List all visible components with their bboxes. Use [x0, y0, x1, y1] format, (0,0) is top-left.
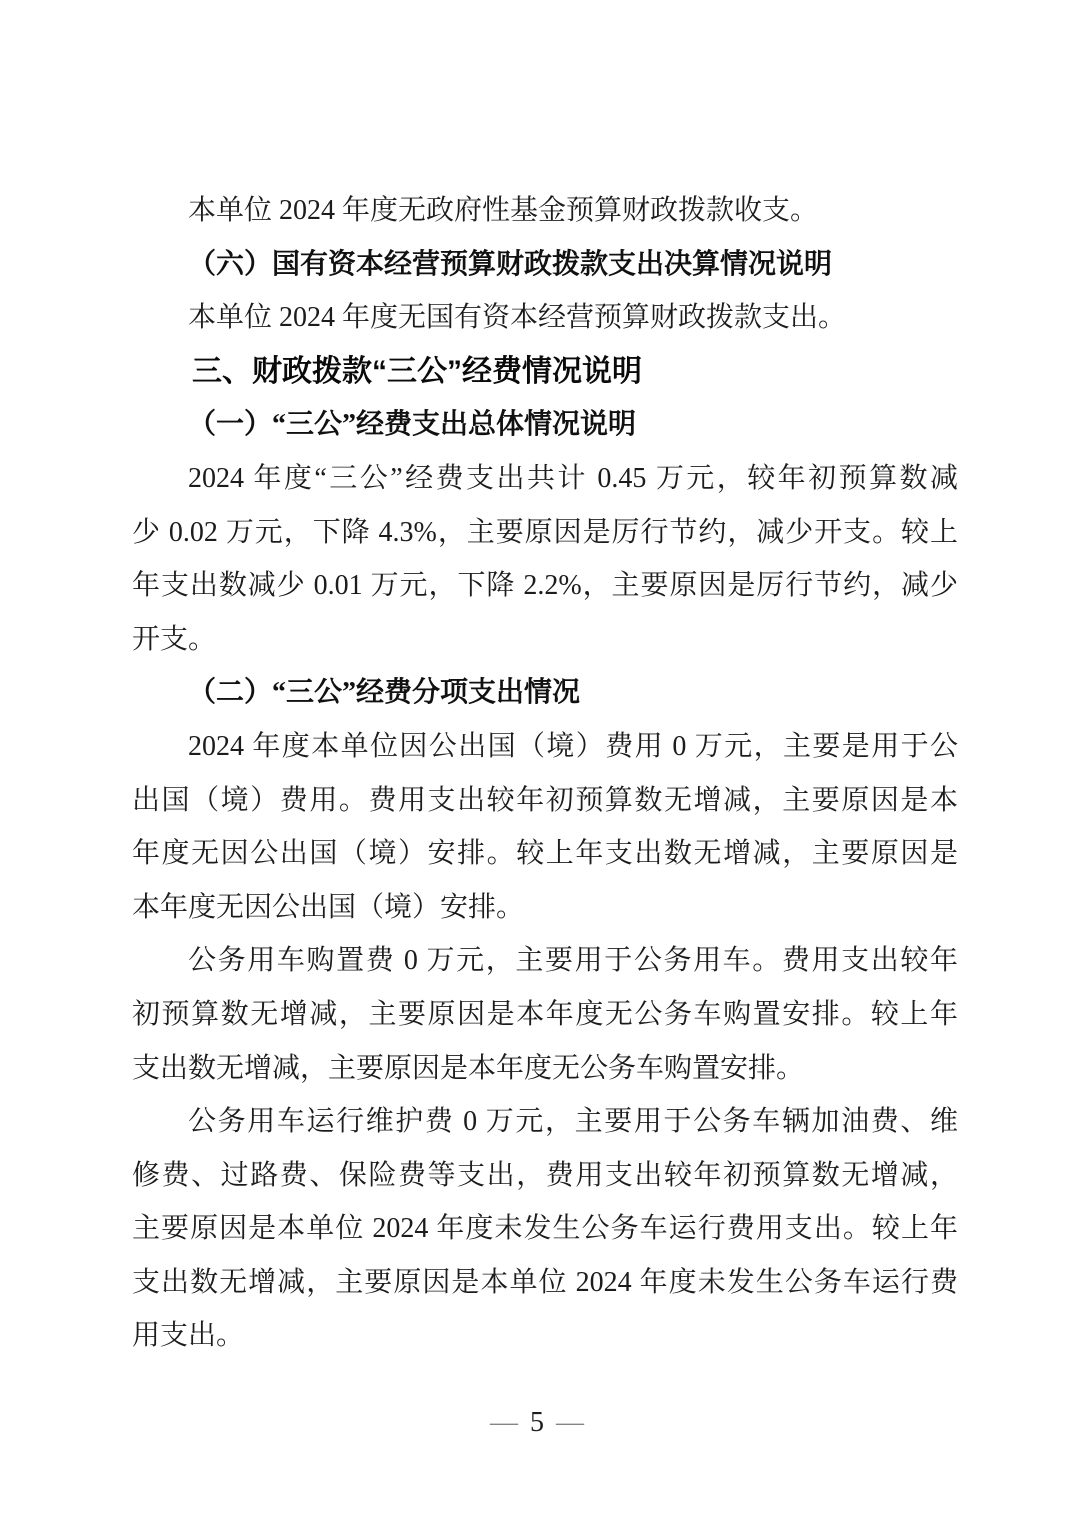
subsection-heading-one: （一）“三公”经费支出总体情况说明 [132, 398, 958, 452]
body-line: 出国（境）费用。费用支出较年初预算数无增减，主要原因是本 [132, 774, 958, 828]
body-line: 开支。 [132, 613, 958, 667]
subsection-heading-six: （六）国有资本经营预算财政拨款支出决算情况说明 [132, 238, 958, 292]
body-line: 本单位 2024 年度无政府性基金预算财政拨款收支。 [132, 184, 958, 238]
body-line: 初预算数无增减，主要原因是本年度无公务车购置安排。较上年 [132, 988, 958, 1042]
document-page: 本单位 2024 年度无政府性基金预算财政拨款收支。 （六）国有资本经营预算财政… [0, 0, 1074, 1520]
body-line: 公务用车购置费 0 万元，主要用于公务用车。费用支出较年 [132, 934, 958, 988]
body-line: 2024 年度本单位因公出国（境）费用 0 万元，主要是用于公 [132, 720, 958, 774]
paragraph-vehicle-maintenance: 公务用车运行维护费 0 万元，主要用于公务车辆加油费、维 修费、过路费、保险费等… [132, 1095, 958, 1363]
body-line: 用支出。 [132, 1309, 958, 1363]
section-heading-three: 三、财政拨款“三公”经费情况说明 [132, 345, 958, 399]
paragraph-sangong-total: 2024 年度“三公”经费支出共计 0.45 万元，较年初预算数减 少 0.02… [132, 452, 958, 666]
page-number: 5 [530, 1407, 544, 1438]
body-line: 支出数无增减，主要原因是本年度无公务车购置安排。 [132, 1042, 958, 1096]
body-line: 支出数无增减，主要原因是本单位 2024 年度未发生公务车运行费 [132, 1256, 958, 1310]
paragraph-no-state-capital: 本单位 2024 年度无国有资本经营预算财政拨款支出。 [132, 291, 958, 345]
paragraph-abroad-expense: 2024 年度本单位因公出国（境）费用 0 万元，主要是用于公 出国（境）费用。… [132, 720, 958, 934]
body-line: 2024 年度“三公”经费支出共计 0.45 万元，较年初预算数减 [132, 452, 958, 506]
body-line: 年度无因公出国（境）安排。较上年支出数无增减，主要原因是 [132, 827, 958, 881]
paragraph-vehicle-purchase: 公务用车购置费 0 万元，主要用于公务用车。费用支出较年 初预算数无增减，主要原… [132, 934, 958, 1095]
body-line: 公务用车运行维护费 0 万元，主要用于公务车辆加油费、维 [132, 1095, 958, 1149]
footer-dash-right: — [556, 1407, 584, 1438]
document-body: 本单位 2024 年度无政府性基金预算财政拨款收支。 （六）国有资本经营预算财政… [132, 184, 958, 1363]
body-line: 少 0.02 万元，下降 4.3%，主要原因是厉行节约，减少开支。较上 [132, 506, 958, 560]
body-line: 年支出数减少 0.01 万元，下降 2.2%，主要原因是厉行节约，减少 [132, 559, 958, 613]
paragraph-no-govfund-budget: 本单位 2024 年度无政府性基金预算财政拨款收支。 [132, 184, 958, 238]
body-line: 主要原因是本单位 2024 年度未发生公务车运行费用支出。较上年 [132, 1202, 958, 1256]
page-footer: —5— [0, 1406, 1074, 1440]
body-line: 本单位 2024 年度无国有资本经营预算财政拨款支出。 [132, 291, 958, 345]
body-line: 修费、过路费、保险费等支出，费用支出较年初预算数无增减， [132, 1149, 958, 1203]
subsection-heading-two: （二）“三公”经费分项支出情况 [132, 666, 958, 720]
body-line: 本年度无因公出国（境）安排。 [132, 881, 958, 935]
footer-dash-left: — [490, 1407, 518, 1438]
